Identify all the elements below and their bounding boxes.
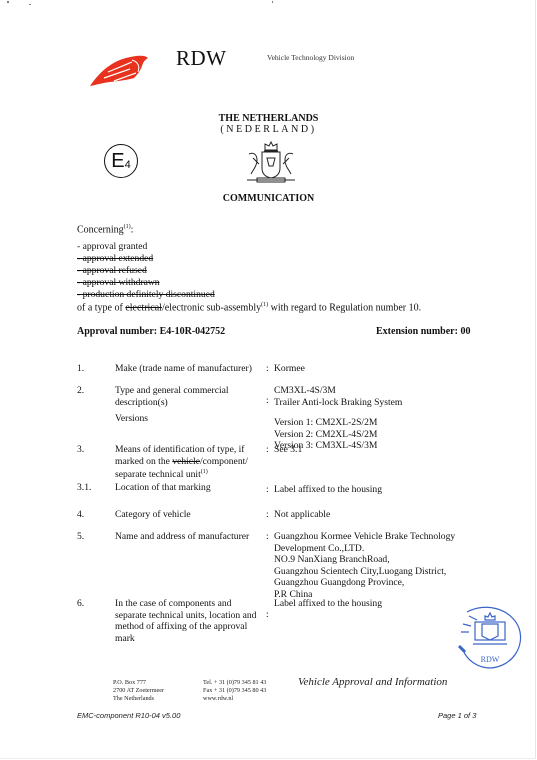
page-number: Page 1 of 3 <box>438 711 476 720</box>
coat-of-arms-icon <box>243 140 299 186</box>
rdw-stamp-icon: RDW <box>455 602 525 672</box>
footer-contact: Tel. + 31 (0)79 345 81 43 Fax + 31 (0)79… <box>203 679 266 703</box>
footer-address: P.O. Box 777 2700 AT Zoetermeer The Neth… <box>113 679 164 703</box>
rdw-wing-logo-icon <box>88 50 152 88</box>
status-item: - approval granted <box>77 241 215 253</box>
scan-speck <box>7 1 9 3</box>
status-item: - production definitely discontinued <box>77 289 215 301</box>
regulation-line: of a type of electrical/electronic sub-a… <box>77 302 421 313</box>
website-link[interactable]: www.rdw.nl <box>203 695 266 703</box>
colon-separator: : <box>266 609 269 621</box>
svg-text:RDW: RDW <box>481 655 500 664</box>
approval-number: Approval number: E4-10R-042752 <box>77 326 225 337</box>
e-mark-icon: E4 <box>104 144 138 178</box>
scan-speck <box>29 4 31 5</box>
colon-separator: : <box>266 509 269 521</box>
footer-department: Vehicle Approval and Information <box>298 676 447 688</box>
colon-separator: : <box>266 484 269 496</box>
colon-separator: : <box>266 531 269 543</box>
form-identifier: EMC-component R10-04 v5.00 <box>77 711 180 720</box>
scan-speck <box>272 1 273 3</box>
concerning-label: Concerning(1): <box>77 224 133 235</box>
brand-name: RDW <box>176 46 227 71</box>
document-page: RDW Vehicle Technology Division THE NETH… <box>0 0 536 759</box>
status-item: - approval withdrawn <box>77 277 215 289</box>
document-title: COMMUNICATION <box>0 193 537 204</box>
approval-status-list: - approval granted - approval extended -… <box>77 241 215 301</box>
status-item: - approval refused <box>77 265 215 277</box>
country-native-name: (NEDERLAND) <box>0 124 537 135</box>
division-name: Vehicle Technology Division <box>267 53 354 62</box>
colon-separator: : <box>266 363 269 375</box>
extension-number: Extension number: 00 <box>376 326 470 337</box>
colon-separator: : <box>266 395 269 407</box>
colon-separator: : <box>266 444 269 456</box>
status-item: - approval extended <box>77 253 215 265</box>
country-name: THE NETHERLANDS <box>0 113 537 124</box>
